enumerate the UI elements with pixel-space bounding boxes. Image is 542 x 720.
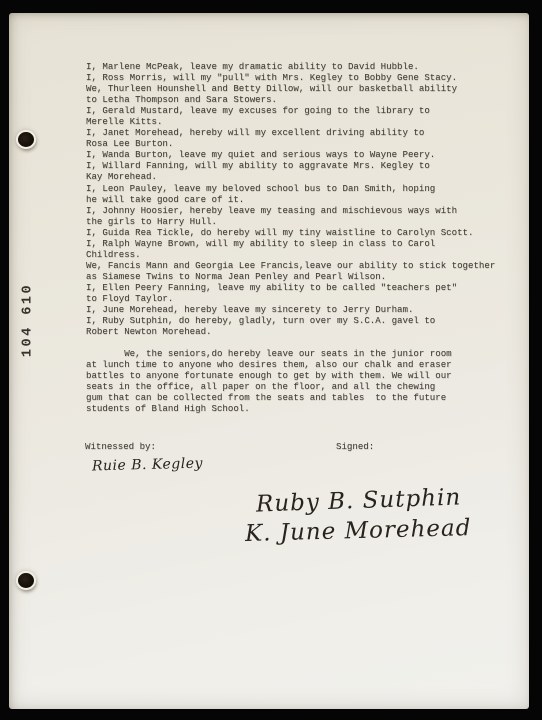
will-line: I, Willard Fanning, will my ability to a…: [86, 160, 495, 171]
will-line: as Siamese Twins to Norma Jean Penley an…: [86, 271, 495, 282]
archive-number: 104 610: [21, 283, 36, 357]
will-line: I, Leon Pauley, leave my beloved school …: [86, 183, 495, 194]
will-line: to Floyd Taylor.: [86, 293, 495, 304]
will-line: We, Thurleen Hounshell and Betty Dillow,…: [86, 83, 495, 94]
hole-punch-top: [16, 130, 36, 149]
witnessed-by-label: Witnessed by:: [85, 441, 156, 452]
witness-signature: Ruie B. Kegley: [92, 456, 203, 475]
will-line: I, Ralph Wayne Brown, will my ability to…: [86, 238, 495, 249]
will-line: the girls to Harry Hull.: [86, 216, 495, 227]
document-text-block: I, Marlene McPeak, leave my dramatic abi…: [86, 61, 495, 414]
will-line: he will take good care of it.: [86, 194, 495, 205]
will-line: We, Fancis Mann and Georgia Lee Francis,…: [86, 260, 495, 271]
paragraph-line: seats in the office, all paper on the fl…: [86, 381, 495, 392]
scanned-photo-background: 104 610 I, Marlene McPeak, leave my dram…: [0, 0, 542, 720]
will-line: Merelle Kitts.: [86, 116, 495, 127]
will-line: I, Janet Morehead, hereby will my excell…: [86, 127, 495, 138]
will-line: I, June Morehead, hereby leave my sincer…: [86, 304, 495, 315]
paragraph-line: at lunch time to anyone who desires them…: [86, 359, 495, 370]
will-line: Robert Newton Morehead.: [86, 326, 495, 337]
paragraph-line: students of Bland High School.: [86, 403, 495, 414]
signed-label: Signed:: [336, 441, 374, 452]
will-line: I, Wanda Burton, leave my quiet and seri…: [86, 149, 495, 160]
will-line: I, Gerald Mustard, leave my excuses for …: [86, 105, 495, 116]
will-line: Childress.: [86, 249, 495, 260]
hole-punch-bottom: [16, 571, 36, 590]
will-line: I, Johnny Hoosier, hereby leave my teasi…: [86, 205, 495, 216]
will-line: Kay Morehead.: [86, 171, 495, 182]
paragraph-line: battles to anyone fortunate enough to ge…: [86, 370, 495, 381]
paragraph-line: We, the seniors,do hereby leave our seat…: [86, 348, 495, 359]
paragraph-line: gum that can be collected from the seats…: [86, 392, 495, 403]
will-line: I, Guida Rea Tickle, do hereby will my t…: [86, 227, 495, 238]
class-will-list: I, Marlene McPeak, leave my dramatic abi…: [86, 61, 495, 337]
will-line: I, Ross Morris, will my "pull" with Mrs.…: [86, 72, 495, 83]
will-line: to Letha Thompson and Sara Stowers.: [86, 94, 495, 105]
will-line: I, Marlene McPeak, leave my dramatic abi…: [86, 61, 495, 72]
will-line: I, Ellen Peery Fanning, leave my ability…: [86, 282, 495, 293]
will-line: Rosa Lee Burton.: [86, 138, 495, 149]
seniors-paragraph: We, the seniors,do hereby leave our seat…: [86, 348, 495, 414]
will-line: I, Ruby Sutphin, do hereby, gladly, turn…: [86, 315, 495, 326]
